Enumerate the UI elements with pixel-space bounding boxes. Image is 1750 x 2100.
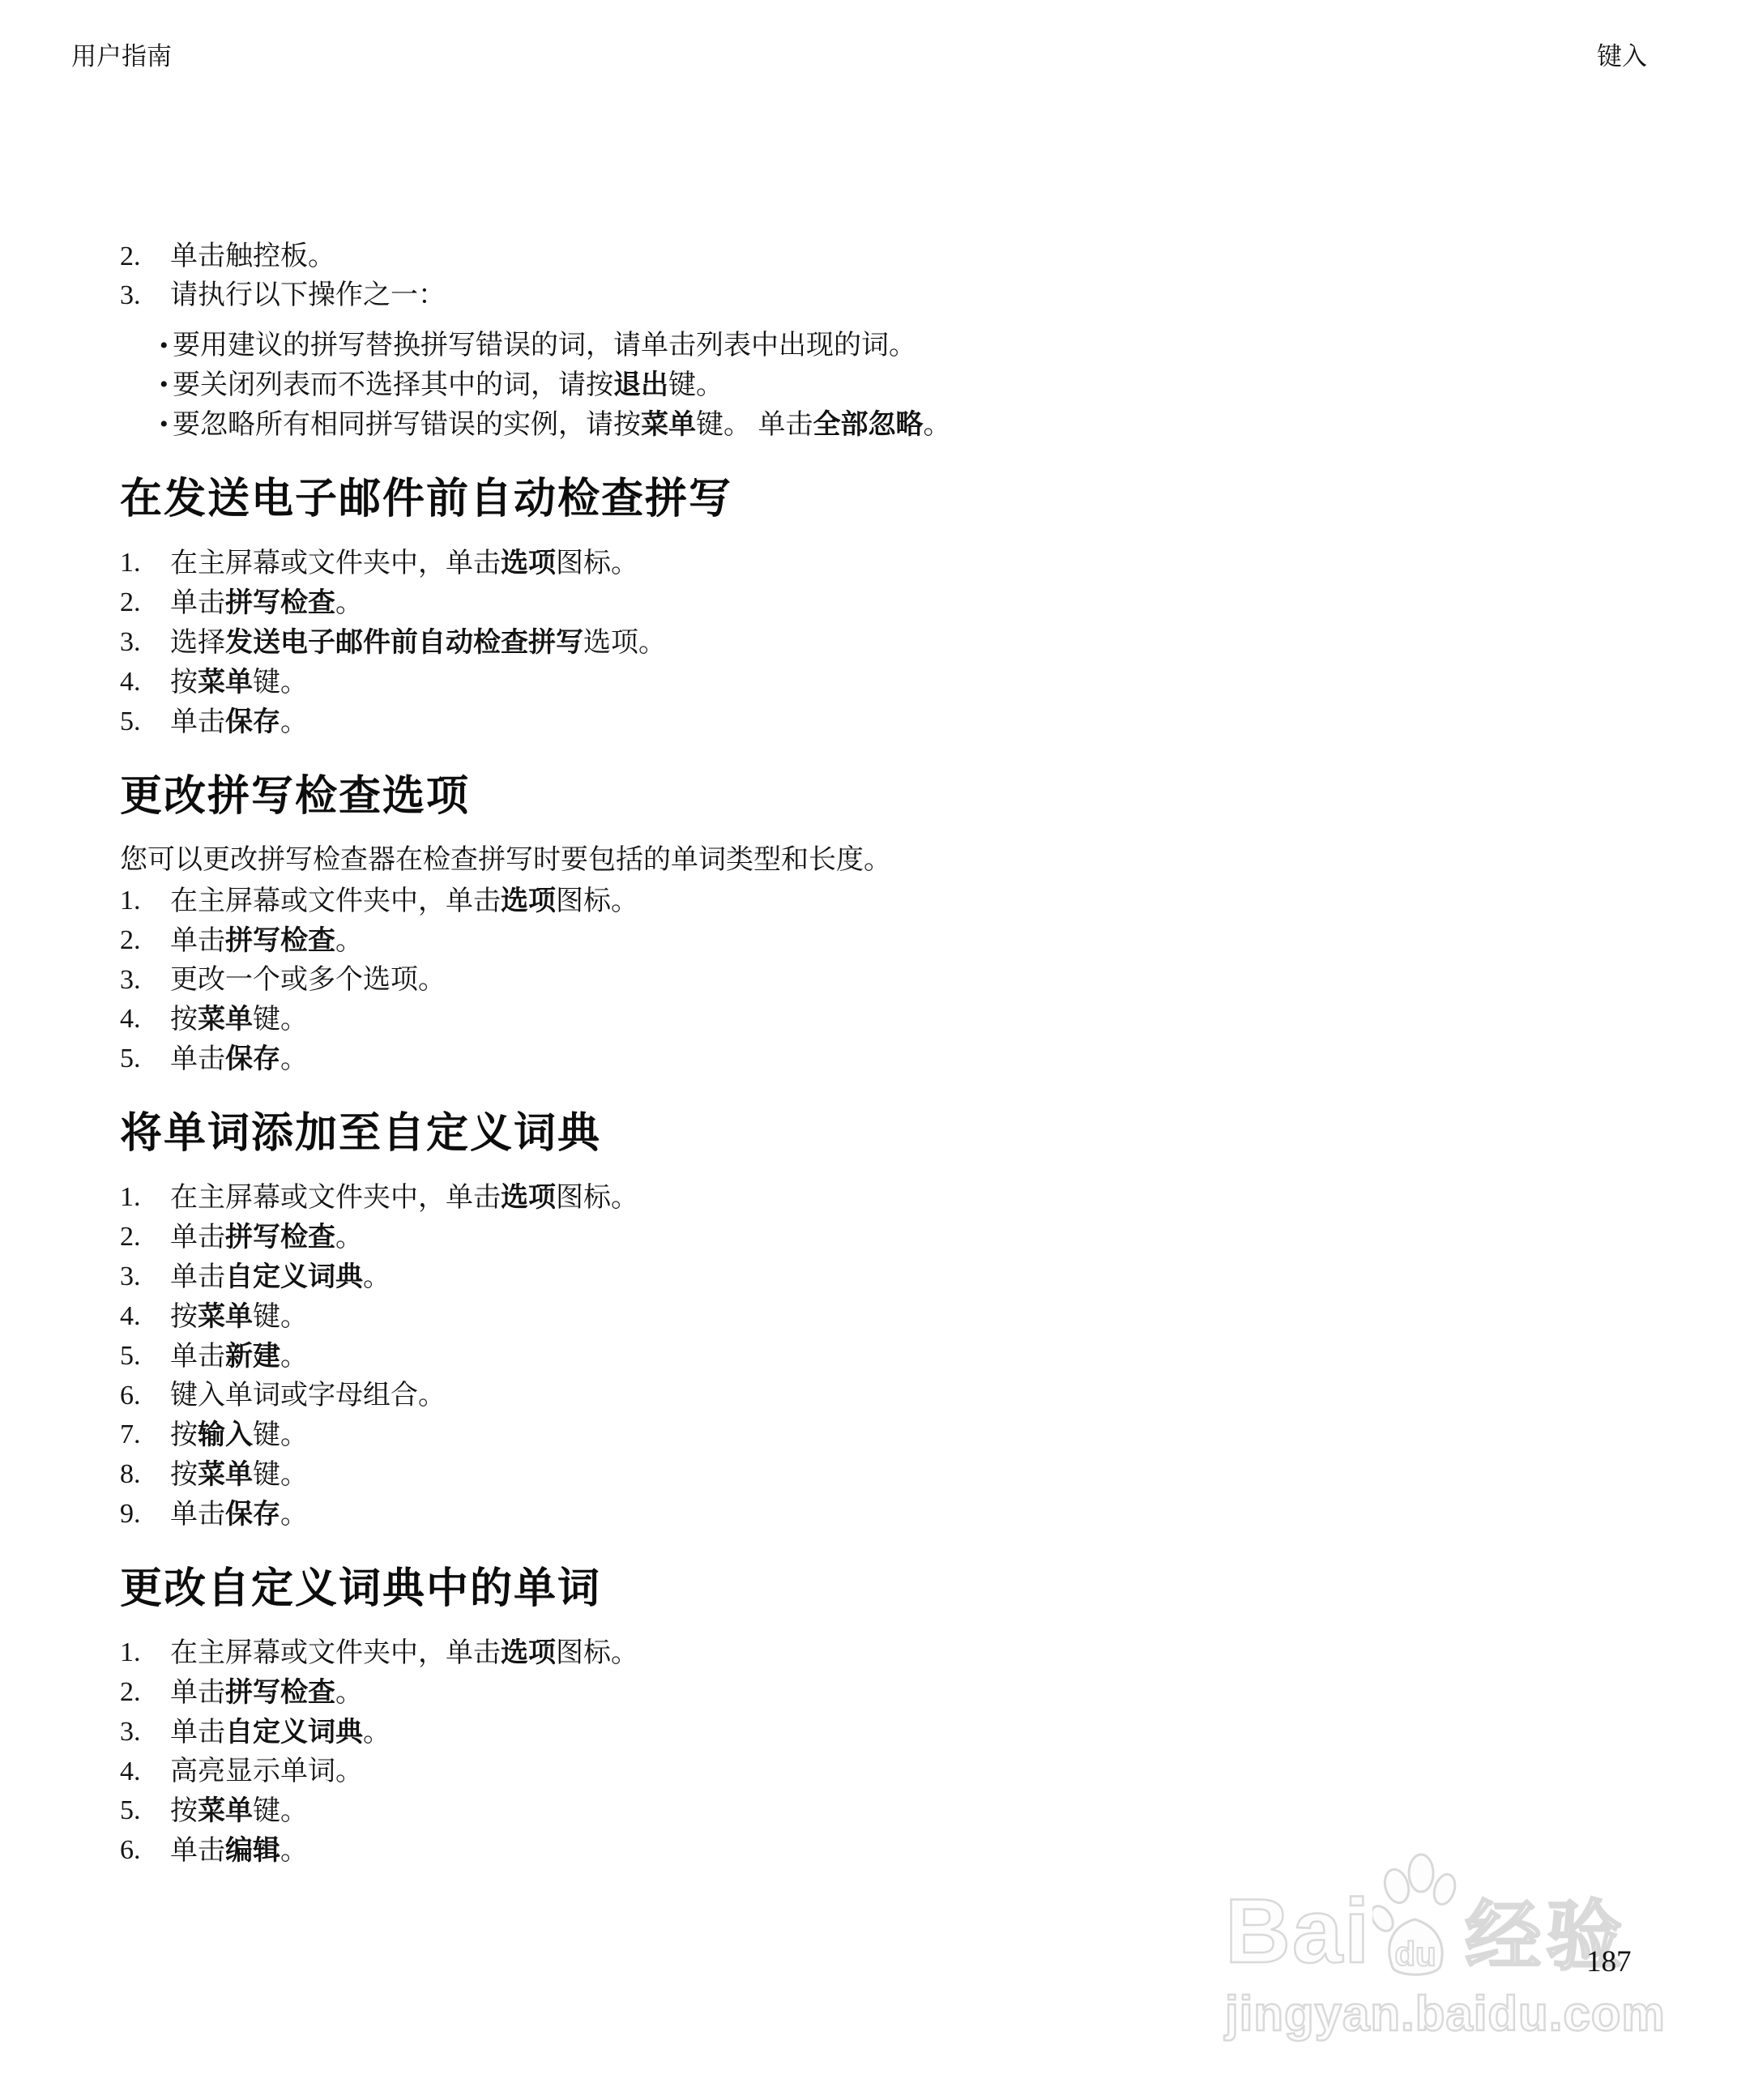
- step-number: 5.: [120, 1337, 170, 1377]
- text-run: 键。: [253, 1796, 308, 1826]
- header-doc-title: 用户指南: [71, 41, 172, 73]
- bullet-icon: •: [160, 365, 173, 405]
- emphasis-text: 选项: [501, 1637, 556, 1668]
- emphasis-text: 保存: [225, 1499, 280, 1530]
- text-run: 。: [280, 1836, 308, 1866]
- bullet-item: •要忽略所有相同拼写错误的实例，请按菜单键。 单击全部忽略。: [120, 405, 1637, 445]
- step-number: 6.: [120, 1377, 170, 1415]
- text-run: 按: [170, 1460, 198, 1490]
- watermark-du-text: du: [1395, 1935, 1436, 1973]
- text-run: 在主屏幕或文件夹中，单击: [170, 886, 501, 916]
- emphasis-text: 菜单: [198, 1459, 253, 1490]
- step-number: 5.: [120, 1791, 170, 1831]
- numbered-step-row: 9.单击保存。: [120, 1495, 1637, 1534]
- step-text: 单击保存。: [170, 702, 1637, 742]
- watermark-url: jingyan.baidu.com: [1225, 1990, 1662, 2038]
- step-text: 请执行以下操作之一：: [170, 276, 1637, 315]
- text-run: 单击: [170, 1223, 225, 1253]
- section-title: 更改拼写检查选项: [120, 771, 1637, 822]
- numbered-step-row: 3.单击自定义词典。: [120, 1257, 1637, 1297]
- text-run: 单击: [170, 1044, 225, 1074]
- emphasis-text: 发送电子邮件前自动检查拼写: [225, 627, 583, 658]
- step-text: 按菜单键。: [170, 1000, 1637, 1039]
- step-text: 在主屏幕或文件夹中，单击选项图标。: [170, 881, 1637, 921]
- step-number: 2.: [120, 583, 170, 623]
- section-title: 在发送电子邮件前自动检查拼写: [120, 474, 1637, 524]
- text-run: 键。: [253, 1420, 308, 1450]
- text-run: 要忽略所有相同拼写错误的实例，请按: [173, 410, 641, 440]
- numbered-step-row: 3.选择发送电子邮件前自动检查拼写选项。: [120, 623, 1637, 663]
- section-title: 更改自定义词典中的单词: [120, 1564, 1637, 1614]
- emphasis-text: 退出: [613, 369, 668, 400]
- step-number: 3.: [120, 1257, 170, 1297]
- step-text: 按菜单键。: [170, 663, 1637, 702]
- text-run: 单击: [170, 926, 225, 956]
- text-run: 按: [170, 1420, 198, 1450]
- numbered-step-row: 3.单击自定义词典。: [120, 1713, 1637, 1752]
- step-number: 2.: [120, 1218, 170, 1257]
- emphasis-text: 菜单: [198, 1004, 253, 1035]
- intro-bullet-list: •要用建议的拼写替换拼写错误的词，请单击列表中出现的词。•要关闭列表而不选择其中…: [120, 327, 1637, 445]
- text-run: 。: [335, 588, 363, 618]
- numbered-step-row: 1.在主屏幕或文件夹中，单击选项图标。: [120, 881, 1637, 921]
- step-text: 在主屏幕或文件夹中，单击选项图标。: [170, 1178, 1637, 1218]
- text-run: 。: [363, 1718, 391, 1748]
- numbered-step-row: 3.请执行以下操作之一：: [120, 276, 1637, 315]
- step-text: 单击拼写检查。: [170, 1218, 1637, 1257]
- step-text: 按输入键。: [170, 1415, 1637, 1455]
- page-content: 2.单击触控板。3.请执行以下操作之一： •要用建议的拼写替换拼写错误的词，请单…: [0, 237, 1750, 1871]
- step-text: 按菜单键。: [170, 1791, 1637, 1831]
- step-text: 单击保存。: [170, 1039, 1637, 1079]
- numbered-step-row: 3.更改一个或多个选项。: [120, 961, 1637, 1000]
- step-text: 单击拼写检查。: [170, 1673, 1637, 1713]
- step-number: 5.: [120, 1039, 170, 1079]
- text-run: 图标。: [556, 886, 638, 916]
- bullet-item: •要用建议的拼写替换拼写错误的词，请单击列表中出现的词。: [120, 327, 1637, 365]
- text-run: 图标。: [556, 1183, 638, 1213]
- numbered-step-row: 1.在主屏幕或文件夹中，单击选项图标。: [120, 1178, 1637, 1218]
- emphasis-text: 选项: [501, 886, 556, 916]
- section-title: 将单词添加至自定义词典: [120, 1108, 1637, 1159]
- guide-section: 更改自定义词典中的单词1.在主屏幕或文件夹中，单击选项图标。2.单击拼写检查。3…: [120, 1564, 1637, 1871]
- text-run: 在主屏幕或文件夹中，单击: [170, 1183, 501, 1213]
- step-text: 选择发送电子邮件前自动检查拼写选项。: [170, 623, 1637, 663]
- document-page: 用户指南 键入 2.单击触控板。3.请执行以下操作之一： •要用建议的拼写替换拼…: [0, 0, 1750, 2100]
- text-run: 单击: [170, 588, 225, 618]
- text-run: 键。: [253, 1302, 308, 1332]
- text-run: 单击: [170, 1500, 225, 1530]
- bullet-text: 要用建议的拼写替换拼写错误的词，请单击列表中出现的词。: [173, 327, 1637, 365]
- text-run: 单击: [170, 1718, 225, 1748]
- text-run: 更改一个或多个选项。: [170, 965, 446, 995]
- text-run: 单击触控板。: [170, 241, 335, 271]
- text-run: 。: [335, 1223, 363, 1253]
- numbered-step-row: 6.键入单词或字母组合。: [120, 1377, 1637, 1415]
- text-run: 按: [170, 1796, 198, 1826]
- numbered-step-row: 2.单击触控板。: [120, 237, 1637, 276]
- step-text: 单击拼写检查。: [170, 921, 1637, 961]
- guide-section: 将单词添加至自定义词典1.在主屏幕或文件夹中，单击选项图标。2.单击拼写检查。3…: [120, 1108, 1637, 1534]
- numbered-step-row: 6.单击编辑。: [120, 1831, 1637, 1871]
- step-text: 单击保存。: [170, 1495, 1637, 1534]
- page-header: 用户指南 键入: [0, 0, 1750, 73]
- step-text: 在主屏幕或文件夹中，单击选项图标。: [170, 544, 1637, 583]
- step-text: 单击自定义词典。: [170, 1257, 1637, 1297]
- emphasis-text: 拼写检查: [225, 1222, 335, 1253]
- text-run: 。: [280, 1342, 308, 1372]
- text-run: 。: [280, 707, 308, 737]
- bullet-icon: •: [160, 327, 173, 365]
- text-run: 键。: [253, 668, 308, 698]
- bullet-item: •要关闭列表而不选择其中的词，请按退出键。: [120, 365, 1637, 405]
- step-text: 按菜单键。: [170, 1297, 1637, 1337]
- step-number: 3.: [120, 623, 170, 663]
- step-number: 3.: [120, 1713, 170, 1752]
- page-number: 187: [1586, 1946, 1632, 1978]
- step-number: 4.: [120, 663, 170, 702]
- step-number: 5.: [120, 702, 170, 742]
- text-run: 选择: [170, 628, 225, 658]
- bullet-text: 要忽略所有相同拼写错误的实例，请按菜单键。 单击全部忽略。: [173, 405, 1637, 445]
- step-number: 1.: [120, 881, 170, 921]
- step-text: 单击编辑。: [170, 1831, 1637, 1871]
- numbered-step-row: 5.单击新建。: [120, 1337, 1637, 1377]
- text-run: 在主屏幕或文件夹中，单击: [170, 1638, 501, 1668]
- step-text: 键入单词或字母组合。: [170, 1377, 1637, 1415]
- step-text: 单击新建。: [170, 1337, 1637, 1377]
- numbered-step-row: 5.按菜单键。: [120, 1791, 1637, 1831]
- text-run: 单击: [170, 1678, 225, 1708]
- numbered-step-row: 4.按菜单键。: [120, 1000, 1637, 1039]
- emphasis-text: 菜单: [198, 1795, 253, 1826]
- text-run: 。: [280, 1500, 308, 1530]
- emphasis-text: 拼写检查: [225, 587, 335, 618]
- text-run: 选项。: [583, 628, 666, 658]
- emphasis-text: 输入: [198, 1419, 253, 1450]
- text-run: 。: [335, 1678, 363, 1708]
- step-text: 更改一个或多个选项。: [170, 961, 1637, 1000]
- text-run: 高亮显示单词。: [170, 1756, 363, 1786]
- step-number: 1.: [120, 1178, 170, 1218]
- emphasis-text: 菜单: [198, 1301, 253, 1332]
- text-run: 单击: [170, 1836, 225, 1866]
- step-text: 单击拼写检查。: [170, 583, 1637, 623]
- emphasis-text: 保存: [225, 1044, 280, 1074]
- emphasis-text: 拼写检查: [225, 1677, 335, 1708]
- guide-section: 更改拼写检查选项您可以更改拼写检查器在检查拼写时要包括的单词类型和长度。1.在主…: [120, 771, 1637, 1079]
- step-number: 1.: [120, 1633, 170, 1673]
- text-run: 。: [924, 410, 951, 440]
- numbered-step-row: 1.在主屏幕或文件夹中，单击选项图标。: [120, 544, 1637, 583]
- header-chapter-title: 键入: [1597, 41, 1647, 73]
- step-number: 4.: [120, 1297, 170, 1337]
- step-text: 高亮显示单词。: [170, 1752, 1637, 1791]
- numbered-step-row: 2.单击拼写检查。: [120, 583, 1637, 623]
- step-text: 按菜单键。: [170, 1455, 1637, 1495]
- text-run: 按: [170, 1302, 198, 1332]
- step-text: 在主屏幕或文件夹中，单击选项图标。: [170, 1633, 1637, 1673]
- step-number: 2.: [120, 1673, 170, 1713]
- text-run: 请执行以下操作之一：: [170, 280, 446, 310]
- text-run: 单击: [170, 707, 225, 737]
- text-run: 要用建议的拼写替换拼写错误的词，请单击列表中出现的词。: [173, 331, 916, 361]
- step-number: 7.: [120, 1415, 170, 1455]
- text-run: 要关闭列表而不选择其中的词，请按: [173, 370, 613, 400]
- numbered-step-row: 2.单击拼写检查。: [120, 921, 1637, 961]
- text-run: 键。: [253, 1005, 308, 1035]
- step-number: 4.: [120, 1752, 170, 1791]
- text-run: 单击: [170, 1262, 225, 1292]
- step-text: 单击触控板。: [170, 237, 1637, 276]
- step-number: 8.: [120, 1455, 170, 1495]
- watermark-bai-text: Bai: [1225, 1886, 1371, 1977]
- step-number: 1.: [120, 544, 170, 583]
- text-run: 键。 单击: [696, 410, 813, 440]
- sections-container: 在发送电子邮件前自动检查拼写1.在主屏幕或文件夹中，单击选项图标。2.单击拼写检…: [120, 474, 1637, 1871]
- bullet-text: 要关闭列表而不选择其中的词，请按退出键。: [173, 365, 1637, 405]
- intro-numbered-list: 2.单击触控板。3.请执行以下操作之一：: [120, 237, 1637, 315]
- emphasis-text: 全部忽略: [813, 409, 924, 440]
- emphasis-text: 拼写检查: [225, 925, 335, 956]
- emphasis-text: 自定义词典: [225, 1717, 363, 1748]
- numbered-step-row: 5.单击保存。: [120, 1039, 1637, 1079]
- step-number: 2.: [120, 237, 170, 276]
- text-run: 键入单词或字母组合。: [170, 1381, 446, 1411]
- text-run: 图标。: [556, 548, 638, 578]
- text-run: 按: [170, 1005, 198, 1035]
- numbered-step-row: 1.在主屏幕或文件夹中，单击选项图标。: [120, 1633, 1637, 1673]
- bullet-icon: •: [160, 405, 173, 445]
- guide-section: 在发送电子邮件前自动检查拼写1.在主屏幕或文件夹中，单击选项图标。2.单击拼写检…: [120, 474, 1637, 742]
- emphasis-text: 新建: [225, 1341, 280, 1372]
- numbered-step-row: 2.单击拼写检查。: [120, 1673, 1637, 1713]
- step-number: 9.: [120, 1495, 170, 1534]
- text-run: 。: [280, 1044, 308, 1074]
- emphasis-text: 自定义词典: [225, 1261, 363, 1292]
- numbered-step-row: 4.按菜单键。: [120, 1297, 1637, 1337]
- emphasis-text: 菜单: [641, 409, 696, 440]
- text-run: 键。: [668, 370, 723, 400]
- numbered-step-row: 5.单击保存。: [120, 702, 1637, 742]
- section-intro: 您可以更改拼写检查器在检查拼写时要包括的单词类型和长度。: [120, 841, 1637, 880]
- text-run: 按: [170, 668, 198, 698]
- emphasis-text: 选项: [501, 1182, 556, 1213]
- numbered-step-row: 4.高亮显示单词。: [120, 1752, 1637, 1791]
- numbered-step-row: 7.按输入键。: [120, 1415, 1637, 1455]
- emphasis-text: 菜单: [198, 667, 253, 698]
- step-number: 6.: [120, 1831, 170, 1871]
- numbered-step-row: 8.按菜单键。: [120, 1455, 1637, 1495]
- step-number: 4.: [120, 1000, 170, 1039]
- step-number: 2.: [120, 921, 170, 961]
- text-run: 。: [363, 1262, 391, 1292]
- text-run: 图标。: [556, 1638, 638, 1668]
- text-run: 键。: [253, 1460, 308, 1490]
- emphasis-text: 选项: [501, 548, 556, 578]
- emphasis-text: 保存: [225, 706, 280, 737]
- text-run: 单击: [170, 1342, 225, 1372]
- text-run: 。: [335, 926, 363, 956]
- numbered-step-row: 2.单击拼写检查。: [120, 1218, 1637, 1257]
- numbered-step-row: 4.按菜单键。: [120, 663, 1637, 702]
- step-number: 3.: [120, 276, 170, 315]
- text-run: 在主屏幕或文件夹中，单击: [170, 548, 501, 578]
- step-text: 单击自定义词典。: [170, 1713, 1637, 1752]
- step-number: 3.: [120, 961, 170, 1000]
- emphasis-text: 编辑: [225, 1835, 280, 1866]
